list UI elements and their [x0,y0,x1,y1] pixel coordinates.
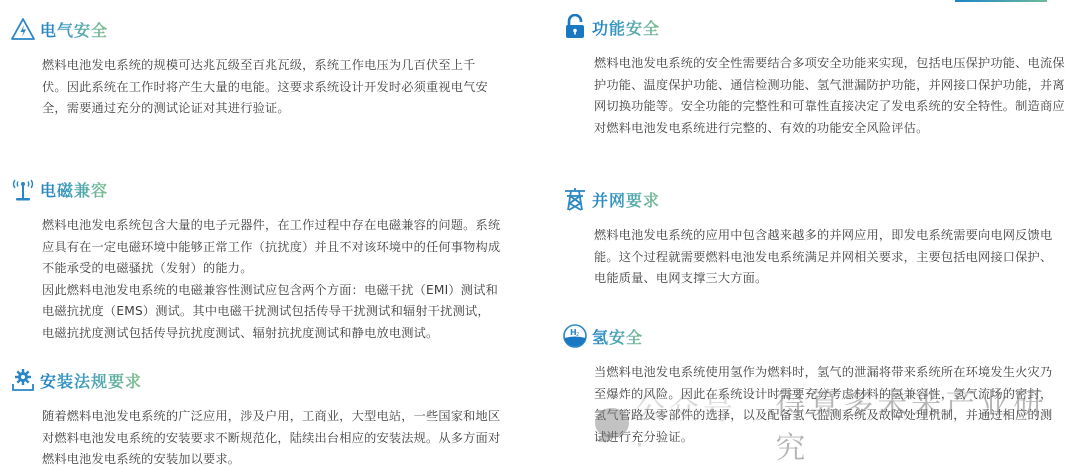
h2-icon: H2 [562,323,588,349]
section-title: 并网要求 [592,188,660,211]
section-body: 燃料电池发电系统的应用中包含越来越多的并网应用，即发电系统需要向电网反馈电能。这… [594,225,1054,290]
section-header: 并网要求 [562,186,1052,212]
lightning-warning-icon [10,16,36,42]
paragraph: 燃料电池发电系统包含大量的电子元器件，在工作过程中存在电磁兼容的问题。系统应具有… [42,215,502,280]
antenna-icon [10,176,36,202]
section-header: H2 氢安全 [562,323,1052,349]
section-grid-connection: 并网要求 燃料电池发电系统的应用中包含越来越多的并网应用，即发电系统需要向电网反… [562,186,1052,290]
section-body: 燃料电池发电系统的安全性需要结合多项安全功能来实现，包括电压保护功能、电流保护功… [594,53,1070,139]
section-title: 电磁兼容 [40,178,108,201]
section-hydrogen-safety: H2 氢安全 当燃料电池发电系统使用氢作为燃料时，氢气的泄漏将带来系统所在环境发… [562,323,1052,448]
section-title: 电气安全 [40,18,108,41]
section-header: 功能安全 [562,14,1062,40]
paragraph: 燃料电池发电系统的应用中包含越来越多的并网应用，即发电系统需要向电网反馈电能。这… [594,225,1054,290]
section-body: 随着燃料电池发电系统的广泛应用，涉及户用，工商业，大型电站，一些国家和地区对燃料… [42,406,502,466]
section-title: 安装法规要求 [40,369,142,392]
section-installation-regulations: 安装法规要求 随着燃料电池发电系统的广泛应用，涉及户用，工商业，大型电站，一些国… [10,367,500,466]
section-electrical-safety: 电气安全 燃料电池发电系统的规模可达兆瓦级至百兆瓦级，系统工作电压为几百伏至上千… [10,16,490,120]
svg-text:2: 2 [576,332,579,338]
paragraph: 因此燃料电池发电系统的电磁兼容性测试应包含两个方面：电磁干扰（EMI）测试和 电… [42,280,502,345]
section-body: 当燃料电池发电系统使用氢作为燃料时，氢气的泄漏将带来系统所在环境发生火灾乃至爆炸… [594,362,1056,448]
section-title: 功能安全 [592,16,660,39]
paragraph: 燃料电池发电系统的安全性需要结合多项安全功能来实现，包括电压保护功能、电流保护功… [594,53,1070,139]
paragraph: 燃料电池发电系统的规模可达兆瓦级至百兆瓦级，系统工作电压为几百伏至上千伏。因此系… [42,55,498,120]
section-header: 电磁兼容 [10,176,500,202]
section-body: 燃料电池发电系统包含大量的电子元器件，在工作过程中存在电磁兼容的问题。系统应具有… [42,215,502,344]
section-body: 燃料电池发电系统的规模可达兆瓦级至百兆瓦级，系统工作电压为几百伏至上千伏。因此系… [42,55,498,120]
section-functional-safety: 功能安全 燃料电池发电系统的安全性需要结合多项安全功能来实现，包括电压保护功能、… [562,14,1062,139]
section-header: 安装法规要求 [10,367,500,393]
padlock-icon [562,14,588,40]
section-title: 氢安全 [592,325,643,348]
transmission-tower-icon [562,186,588,212]
paragraph: 当燃料电池发电系统使用氢作为燃料时，氢气的泄漏将带来系统所在环境发生火灾乃至爆炸… [594,362,1056,448]
gear-install-icon [10,367,36,393]
section-header: 电气安全 [10,16,490,42]
paragraph: 随着燃料电池发电系统的广泛应用，涉及户用，工商业，大型电站，一些国家和地区对燃料… [42,406,502,466]
section-emc: 电磁兼容 燃料电池发电系统包含大量的电子元器件，在工作过程中存在电磁兼容的问题。… [10,176,500,344]
top-accent-bar [955,0,1047,2]
